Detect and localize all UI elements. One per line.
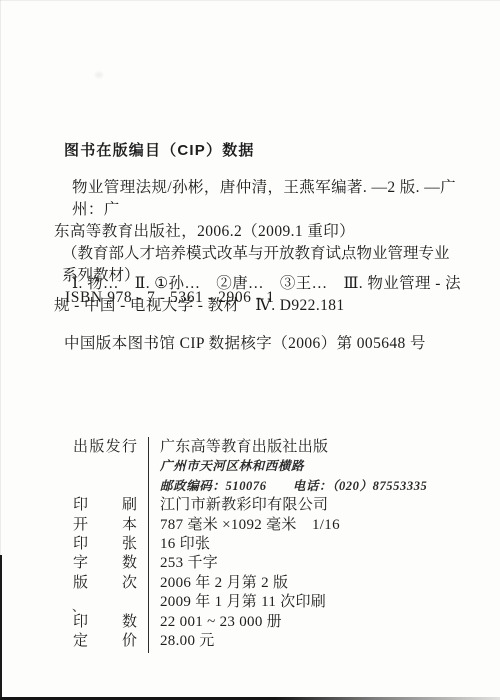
colophon-row-label: 定价 <box>73 632 137 651</box>
classification-line-1: Ⅰ. 物… Ⅱ. ①孙… ②唐… ③王… Ⅲ. 物业管理 - 法 <box>54 273 464 295</box>
stray-scan-mark: 、 <box>72 596 85 615</box>
colophon-row-label: 版次 <box>73 574 137 593</box>
scan-edge-left-faint <box>0 0 1 555</box>
price-line: 28.00 元 <box>160 632 490 651</box>
colophon-row-printrun: 印数 22 001 ~ 23 000 册 <box>73 613 490 632</box>
publisher-address-line: 广州市天河区林和西横路 <box>160 457 490 476</box>
colophon-row-label: 印刷 <box>73 496 137 515</box>
colophon-row-edition: 版次 2006 年 2 月第 2 版 2009 年 1 月第 11 次印刷 <box>73 574 490 613</box>
publisher-postcode-phone-line: 邮政编码：510076 电话：（020）87553335 <box>160 477 490 496</box>
colophon-row-publisher: 出版发行 广东高等教育出版社出版 广州市天河区林和西横路 邮政编码：510076… <box>73 438 490 496</box>
scanned-book-copyright-page: 图书在版编目（CIP）数据 物业管理法规/孙彬，唐仲清，王燕军编著. —2 版.… <box>0 0 500 700</box>
printrun-line: 22 001 ~ 23 000 册 <box>160 613 490 632</box>
printing-line: 2009 年 1 月第 11 次印刷 <box>160 593 490 612</box>
format-line: 787 毫米 ×1092 毫米 1/16 <box>160 516 490 535</box>
wordcount-line: 253 千字 <box>160 554 490 573</box>
edition-line: 2006 年 2 月第 2 版 <box>160 574 490 593</box>
colophon-row-wordcount: 字数 253 千字 <box>73 554 490 573</box>
cip-record-number: 中国版本图书馆 CIP 数据核字（2006）第 005648 号 <box>64 331 426 353</box>
scan-edge-left <box>0 555 2 700</box>
colophon-row-label: 印张 <box>73 535 137 554</box>
publisher-line: 广东高等教育出版社出版 <box>160 438 490 457</box>
cip-description-line-2: 东高等教育出版社，2006.2（2009.1 重印） <box>54 221 464 243</box>
classification: Ⅰ. 物… Ⅱ. ①孙… ②唐… ③王… Ⅲ. 物业管理 - 法 规 - 中国 … <box>54 273 464 317</box>
colophon-table: 出版发行 广东高等教育出版社出版 广州市天河区林和西横路 邮政编码：510076… <box>73 438 490 651</box>
colophon-row-label: 字数 <box>73 554 137 573</box>
cip-heading: 图书在版编目（CIP）数据 <box>64 139 255 160</box>
colophon-row-label: 出版发行 <box>73 438 137 457</box>
sheets-line: 16 印张 <box>160 535 490 554</box>
colophon-row-price: 定价 28.00 元 <box>73 632 490 651</box>
colophon-row-label: 开本 <box>73 516 137 535</box>
colophon-row-sheets: 印张 16 印张 <box>73 535 490 554</box>
colophon-row-label: 印数 <box>73 613 137 632</box>
colophon-row-format: 开本 787 毫米 ×1092 毫米 1/16 <box>73 516 490 535</box>
scan-smudge <box>95 72 103 78</box>
cip-description-line-1: 物业管理法规/孙彬，唐仲清，王燕军编著. —2 版. —广州：广 <box>54 177 464 221</box>
classification-line-2: 规 - 中国 - 电视大学 - 教材 Ⅳ. D922.181 <box>54 295 464 317</box>
scan-edge-top <box>0 0 500 1</box>
printer-line: 江门市新教彩印有限公司 <box>160 496 490 515</box>
colophon-row-printer: 印刷 江门市新教彩印有限公司 <box>73 496 490 515</box>
